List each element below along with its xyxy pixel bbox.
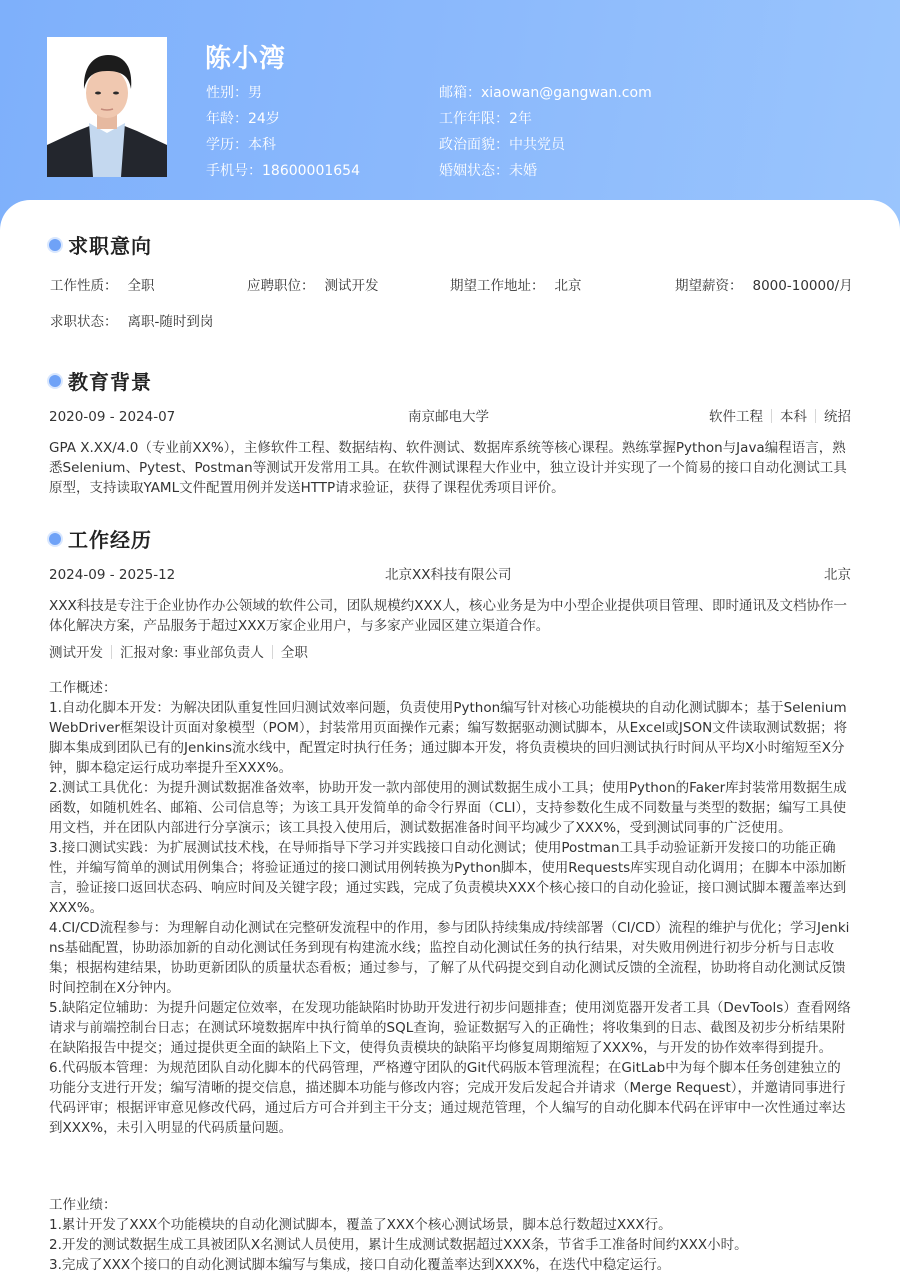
info-phone: 手机号：18600001654 — [206, 161, 360, 187]
info-label: 政治面貌： — [439, 137, 509, 153]
company-intro: XXX科技是专注于企业协作办公领域的软件公司，团队规模约XXX人，核心业务是为中… — [49, 596, 853, 636]
info-value: 本科 — [248, 137, 276, 153]
info-value: 男 — [248, 85, 262, 101]
tag-degree: 本科 — [780, 409, 807, 425]
avatar-portrait-icon — [47, 37, 167, 177]
info-age: 年龄：24岁 — [206, 109, 360, 135]
info-value: xiaowan@gangwan.com — [481, 85, 652, 101]
section-heading: 求职意向 — [68, 230, 152, 259]
field-label: 期望工作地址： — [450, 278, 545, 294]
section-title-job-intent: 求职意向 — [49, 230, 152, 259]
field-position: 应聘职位：测试开发 — [247, 276, 379, 296]
info-marital-status: 婚姻状态：未婚 — [439, 161, 652, 187]
info-label: 学历： — [206, 137, 248, 153]
overview-item: 4.CI/CD流程参与：为理解自动化测试在完整研发流程中的作用，参与团队持续集成… — [49, 918, 853, 998]
candidate-name: 陈小湾 — [205, 38, 286, 75]
achievement-item: 2.开发的测试数据生成工具被团队X名测试人员使用，累计生成测试数据超过XXX条，… — [49, 1235, 853, 1255]
info-gender: 性别：男 — [206, 83, 360, 109]
info-label: 婚姻状态： — [439, 163, 509, 179]
divider — [111, 645, 112, 659]
field-job-type: 工作性质：全职 — [50, 276, 155, 296]
info-value: 2年 — [509, 111, 532, 127]
bullet-dot-icon — [49, 239, 61, 251]
overview-item: 2.测试工具优化：为提升测试数据准备效率，协助开发一款内部使用的测试数据生成小工… — [49, 778, 853, 838]
field-label: 期望薪资： — [675, 278, 743, 294]
overview-item: 5.缺陷定位辅助：为提升问题定位效率，在发现功能缺陷时协助开发进行初步问题排查；… — [49, 998, 853, 1058]
overview-item: 1.自动化脚本开发：为解决团队重复性回归测试效率问题，负责使用Python编写针… — [49, 698, 853, 778]
work-overview: 工作概述： 1.自动化脚本开发：为解决团队重复性回归测试效率问题，负责使用Pyt… — [49, 678, 853, 1138]
field-label: 工作性质： — [50, 278, 118, 294]
info-value: 24岁 — [248, 111, 280, 127]
info-label: 年龄： — [206, 111, 248, 127]
info-degree: 学历：本科 — [206, 135, 360, 161]
info-label: 性别： — [206, 85, 248, 101]
info-value: 中共党员 — [509, 137, 565, 153]
field-value: 北京 — [555, 278, 582, 294]
field-label: 求职状态： — [50, 314, 118, 330]
personal-info-left: 性别：男 年龄：24岁 学历：本科 手机号：18600001654 — [206, 83, 360, 187]
tag-admission: 统招 — [824, 409, 851, 425]
section-title-education: 教育背景 — [49, 366, 152, 395]
divider — [272, 645, 273, 659]
education-description: GPA X.XX/4.0（专业前XX%），主修软件工程、数据结构、软件测试、数据… — [49, 438, 853, 498]
profile-photo — [47, 37, 167, 177]
section-heading: 工作经历 — [68, 524, 152, 553]
field-value: 离职-随时到岗 — [128, 314, 214, 330]
overview-item: 6.代码版本管理：为规范团队自动化脚本的代码管理，严格遵守团队的Git代码版本管… — [49, 1058, 853, 1138]
overview-heading: 工作概述： — [49, 678, 853, 698]
divider — [771, 409, 772, 423]
work-city: 北京 — [824, 565, 851, 585]
field-value: 全职 — [128, 278, 155, 294]
info-label: 邮箱： — [439, 85, 481, 101]
bullet-dot-icon — [49, 533, 61, 545]
info-work-years: 工作年限：2年 — [439, 109, 652, 135]
field-location: 期望工作地址：北京 — [450, 276, 582, 296]
bullet-dot-icon — [49, 375, 61, 387]
education-school: 南京邮电大学 — [408, 407, 489, 427]
field-job-status: 求职状态：离职-随时到岗 — [50, 312, 213, 332]
tag-report-to: 汇报对象: 事业部负责人 — [120, 645, 264, 661]
work-company: 北京XX科技有限公司 — [385, 565, 512, 585]
info-political-status: 政治面貌：中共党员 — [439, 135, 652, 161]
field-value: 8000-10000/月 — [753, 278, 853, 294]
achievements-heading: 工作业绩： — [49, 1195, 853, 1215]
education-tags: 软件工程本科统招 — [709, 407, 851, 427]
tag-employment-type: 全职 — [281, 645, 308, 661]
section-heading: 教育背景 — [68, 366, 152, 395]
work-achievements: 工作业绩： 1.累计开发了XXX个功能模块的自动化测试脚本，覆盖了XXX个核心测… — [49, 1195, 853, 1275]
field-salary: 期望薪资：8000-10000/月 — [675, 276, 853, 296]
field-value: 测试开发 — [325, 278, 379, 294]
tag-major: 软件工程 — [709, 409, 763, 425]
achievement-item: 3.完成了XXX个接口的自动化测试脚本编写与集成，接口自动化覆盖率达到XXX%，… — [49, 1255, 853, 1275]
info-value: 未婚 — [509, 163, 537, 179]
info-label: 工作年限： — [439, 111, 509, 127]
info-label: 手机号： — [206, 163, 262, 179]
divider — [815, 409, 816, 423]
overview-item: 3.接口测试实践：为扩展测试技术栈，在导师指导下学习并实践接口自动化测试；使用P… — [49, 838, 853, 918]
personal-info-right: 邮箱：xiaowan@gangwan.com 工作年限：2年 政治面貌：中共党员… — [439, 83, 652, 187]
education-period: 2020-09 - 2024-07 — [49, 407, 175, 427]
info-email: 邮箱：xiaowan@gangwan.com — [439, 83, 652, 109]
info-value: 18600001654 — [262, 163, 360, 179]
field-label: 应聘职位： — [247, 278, 315, 294]
achievement-item: 1.累计开发了XXX个功能模块的自动化测试脚本，覆盖了XXX个核心测试场景，脚本… — [49, 1215, 853, 1235]
work-period: 2024-09 - 2025-12 — [49, 565, 175, 585]
work-tags: 测试开发汇报对象: 事业部负责人全职 — [49, 643, 308, 663]
tag-role: 测试开发 — [49, 645, 103, 661]
section-title-work: 工作经历 — [49, 524, 152, 553]
